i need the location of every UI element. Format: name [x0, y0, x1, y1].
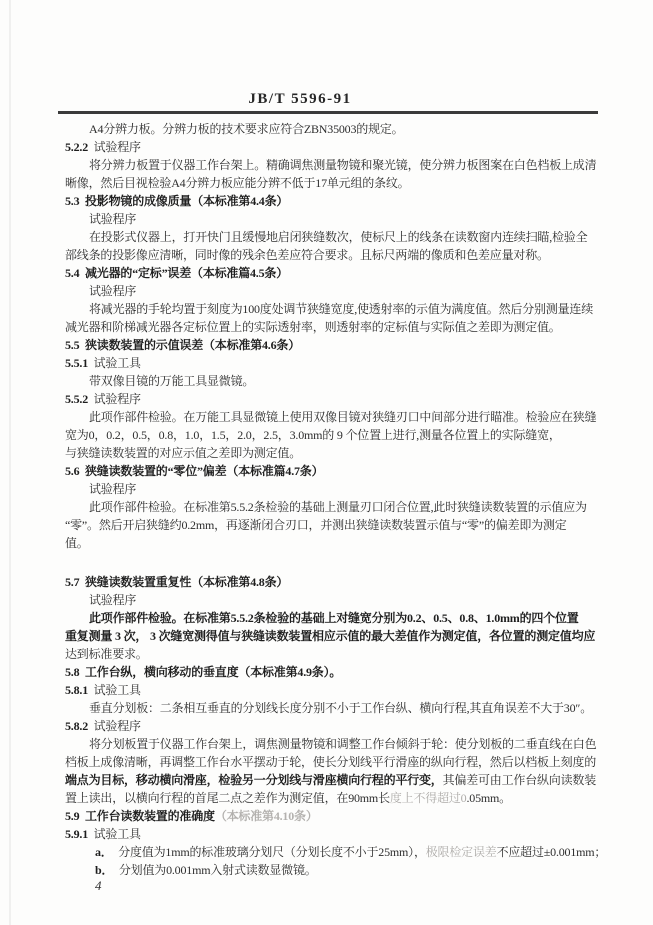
doc-line: 5.9 工作台读数装置的准确度（本标准第4.10条） [65, 807, 597, 825]
doc-line: 5.8.1 试验工具 [65, 681, 597, 699]
text-segment: 5.8 工作台纵，横向移动的垂直度（本标准第4.9条）。 [65, 665, 341, 679]
doc-line: 5.4 减光器的“定标”误差（本标准篇4.5条） [65, 264, 597, 282]
doc-line: 5.7 狭缝读数装置重复性（本标准第4.8条） [65, 573, 597, 591]
text-segment: 5.4 减光器的“定标”误差（本标准篇4.5条） [65, 266, 288, 280]
text-segment: 5.5 狭读数装置的示值误差（本标准第4.6条） [65, 338, 300, 352]
doc-line: 5.8 工作台纵，横向移动的垂直度（本标准第4.9条）。 [65, 663, 597, 681]
text-segment: 5.8.1 [65, 683, 88, 697]
text-segment: 带双像目镜的万能工具显微镜。 [89, 374, 254, 388]
doc-line: 在投影式仪器上，打开快门且缓慢地启闭狭缝数次，使标尺上的线条在读数窗内连续扫瞄,… [65, 228, 597, 246]
doc-line: 档板上成像清晰，再调整工作台水平摆动于轮，使长分划线平行滑座的纵向行程，然后以档… [65, 753, 597, 771]
text-segment: 宽为0，0.2，0.5，0.8，1.0，1.5，2.0，2.5，3.0mm的 9… [65, 428, 561, 442]
doc-line: 5.2.2 试验程序 [65, 138, 597, 156]
doc-line: 5.6 狭缝读数装置的“零位”偏差（本标准篇4.7条） [65, 462, 597, 480]
text-segment: 试验工具 [88, 356, 141, 370]
doc-line: 置上读出，以横向行程的首尾二点之差作为测定值，在90mm长度上不得超过0.05m… [65, 789, 597, 807]
text-segment: 试验程序 [88, 140, 141, 154]
doc-line: 试验程序 [65, 210, 597, 228]
doc-line: 值。 [65, 534, 597, 552]
text-segment: 5.5.2 [65, 392, 88, 406]
text-segment: 将减光器的手轮均置于刻度为100度处调节狭缝宽度,使透射率的示值为满度值。然后分… [89, 302, 593, 316]
scan-edge-artifact [9, 0, 11, 925]
doc-line: 宽为0，0.2，0.5，0.8，1.0，1.5，2.0，2.5，3.0mm的 9… [65, 426, 597, 444]
text-segment: 5.6 狭缝读数装置的“零位”偏差（本标准篇4.7条） [65, 464, 323, 478]
doc-line: 重复测量 3 次， 3 次缝宽测得值与狭缝读数装置相应示值的最大差值作为测定值，… [65, 627, 597, 645]
doc-line: 减光器和阶梯减光器各定标位置上的实际透射率，则透射率的定标值与实际值之差即为测定… [65, 318, 597, 336]
text-segment: 5.5.1 [65, 356, 88, 370]
document-page: JB/T 5596-91 A4分辨力板。分辨力板的技术要求应符合ZBN35003… [0, 0, 653, 925]
doc-line: 晰像，然后目视检验A4分辨力板应能分辨不低于17单元组的条纹。 [65, 174, 597, 192]
text-segment: 试验程序 [88, 392, 141, 406]
header-rule [58, 111, 598, 114]
text-segment: 晰像，然后目视检验A4分辨力板应能分辨不低于17单元组的条纹。 [65, 176, 409, 190]
text-segment: 5.3 投影物镜的成像质量（本标准第4.4条） [65, 194, 288, 208]
doc-line: 5.5.2 试验程序 [65, 390, 597, 408]
text-segment: 试验程序 [89, 482, 136, 496]
text-segment: 端点为目标，移动横向滑座，检验另一分划线与滑座横向行程的平行变， [65, 773, 443, 787]
doc-line: 将分划板置于仪器工作台架上，调焦测量物镜和调整工作台倾斜于轮：使分划板的二垂直线… [65, 735, 597, 753]
text-segment: 将分划板置于仪器工作台架上，调焦测量物镜和调整工作台倾斜于轮：使分划板的二垂直线… [89, 737, 596, 751]
text-segment: 试验程序 [89, 212, 136, 226]
doc-line: 5.8.2 试验程序 [65, 717, 597, 735]
doc-line: 端点为目标，移动横向滑座，检验另一分划线与滑座横向行程的平行变，其偏差可由工作台… [65, 771, 597, 789]
doc-line: 试验程序 [65, 591, 597, 609]
text-segment: 此项作部件检验。在万能工具显微镜上使用双像目镜对狭缝刃口中间部分进行瞄准。检验应… [89, 410, 596, 424]
text-segment: 试验程序 [89, 593, 136, 607]
text-segment: 重复测量 3 次， 3 次缝宽测得值与狭缝读数装置相应示值的最大差值作为测定值，… [65, 629, 595, 643]
text-segment: a． [95, 845, 113, 859]
text-segment: 不应超过±0.001mm； [497, 845, 607, 859]
doc-line: 试验程序 [65, 282, 597, 300]
doc-line: 与狭缝读数装置的对应示值之差即为测定值。 [65, 444, 597, 462]
text-segment: 极限检定误差 [426, 845, 497, 859]
text-segment: 将分辨力板置于仪器工作台架上。精确调焦测量物镜和聚光镜，使分辨力板图案在白色档板… [89, 158, 596, 172]
text-segment: 达到标准要求。 [65, 647, 148, 661]
text-segment: 此项作部件检验。在标准第5.5.2条检验的基础上测量刃口闭合位置,此时狭缝读数装… [89, 500, 587, 514]
text-segment: 试验程序 [88, 719, 141, 733]
text-segment: 垂直分划板：二条相互垂直的分划线长度分别不小于工作台纵、横向行程,其直角误差不大… [89, 701, 592, 715]
doc-line: a． 分度值为1mm的标准玻璃分划尺（分划长度不小于25mm），极限检定误差不应… [65, 843, 597, 861]
page-number: 4 [95, 878, 102, 894]
doc-line: “零”。然后开启狭缝约0.2mm，再逐渐闭合刃口，并测出狭缝读数装置示值与“零”… [65, 516, 597, 534]
text-segment: 试验程序 [89, 284, 136, 298]
text-segment: 5.7 狭缝读数装置重复性（本标准第4.8条） [65, 575, 288, 589]
text-segment: b． [95, 863, 113, 877]
doc-line: 部线条的投影像应清晰，同时像的残余色差应符合要求。且标尺两端的像质和色差应量对称… [65, 246, 597, 264]
doc-line: 5.5 狭读数装置的示值误差（本标准第4.6条） [65, 336, 597, 354]
text-segment: 在投影式仪器上，打开快门且缓慢地启闭狭缝数次，使标尺上的线条在读数窗内连续扫瞄,… [89, 230, 587, 244]
text-segment: 与狭缝读数装置的对应示值之差即为测定值。 [65, 446, 301, 460]
doc-line: 垂直分划板：二条相互垂直的分划线长度分别不小于工作台纵、横向行程,其直角误差不大… [65, 699, 597, 717]
text-segment: 置上读出，以横向行程的首尾二点之差作为测定值，在90mm长 [65, 791, 390, 805]
doc-line: 达到标准要求。 [65, 645, 597, 663]
text-segment: A4分辨力板。分辨力板的技术要求应符合ZBN35003的规定。 [89, 122, 403, 136]
standard-code-header: JB/T 5596-91 [0, 91, 600, 108]
doc-line: 试验程序 [65, 480, 597, 498]
text-segment: 试验工具 [88, 683, 141, 697]
text-segment: 此项作部件检验。在标准第5.5.2条检验的基础上对缝宽分别为0.2、0.5、0.… [89, 611, 579, 625]
doc-line: 此项作部件检验。在万能工具显微镜上使用双像目镜对狭缝刃口中间部分进行瞄准。检验应… [65, 408, 597, 426]
doc-line: 此项作部件检验。在标准第5.5.2条检验的基础上对缝宽分别为0.2、0.5、0.… [65, 609, 597, 627]
doc-line: 将减光器的手轮均置于刻度为100度处调节狭缝宽度,使透射率的示值为满度值。然后分… [65, 300, 597, 318]
text-segment: 分度值为1mm的标准玻璃分划尺（分划长度不小于25mm）， [113, 845, 426, 859]
doc-line: A4分辨力板。分辨力板的技术要求应符合ZBN35003的规定。 [65, 120, 597, 138]
text-segment: （本标准第4.10条） [215, 809, 318, 823]
doc-line: 此项作部件检验。在标准第5.5.2条检验的基础上测量刃口闭合位置,此时狭缝读数装… [65, 498, 597, 516]
text-segment: 档板上成像清晰，再调整工作台水平摆动于轮，使长分划线平行滑座的纵向行程，然后以档… [65, 755, 596, 769]
text-segment: 5.9.1 [65, 827, 88, 841]
text-segment: 5.8.2 [65, 719, 88, 733]
doc-line: 5.3 投影物镜的成像质量（本标准第4.4条） [65, 192, 597, 210]
text-segment: 试验工具 [88, 827, 141, 841]
text-segment: “零”。然后开启狭缝约0.2mm，再逐渐闭合刃口，并测出狭缝读数装置示值与“零”… [65, 518, 567, 532]
text-segment: 分划值为0.001mm入射式读数显微镜。 [113, 863, 316, 877]
text-segment: 度上不得超过0 [390, 791, 467, 805]
doc-line: b． 分划值为0.001mm入射式读数显微镜。 [65, 861, 597, 879]
text-segment: 部线条的投影像应清晰，同时像的残余色差应符合要求。且标尺两端的像质和色差应量对称… [65, 248, 549, 262]
text-segment: 5.9 工作台读数装置的准确度 [65, 809, 215, 823]
text-segment: 其偏差可由工作台纵向读数装 [443, 773, 596, 787]
text-segment: 5.2.2 [65, 140, 88, 154]
doc-line: 5.5.1 试验工具 [65, 354, 597, 372]
doc-line: 5.9.1 试验工具 [65, 825, 597, 843]
text-segment: 减光器和阶梯减光器各定标位置上的实际透射率，则透射率的定标值与实际值之差即为测定… [65, 320, 561, 334]
doc-line: 带双像目镜的万能工具显微镜。 [65, 372, 597, 390]
doc-line: 将分辨力板置于仪器工作台架上。精确调焦测量物镜和聚光镜，使分辨力板图案在白色档板… [65, 156, 597, 174]
text-segment: .05mm。 [466, 791, 510, 805]
document-body: A4分辨力板。分辨力板的技术要求应符合ZBN35003的规定。5.2.2 试验程… [65, 120, 597, 879]
text-segment: 值。 [65, 536, 89, 550]
